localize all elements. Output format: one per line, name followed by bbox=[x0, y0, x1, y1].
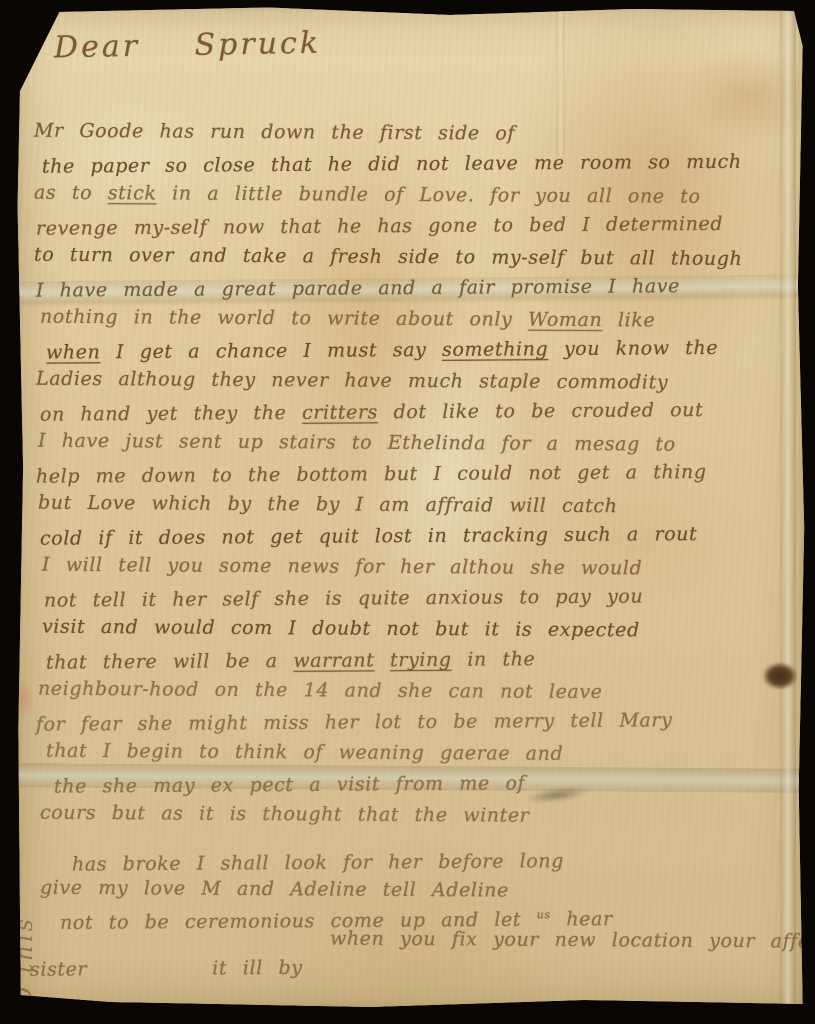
letter-line: cold if it does not get quit lost in tra… bbox=[40, 518, 800, 554]
letter-line: to turn over and take a fresh side to my… bbox=[34, 240, 800, 276]
letter-line: I have made a great parade and a fair pr… bbox=[36, 270, 800, 306]
red-edge-mark bbox=[12, 678, 34, 718]
letter-line: on hand yet they the critters dot like t… bbox=[40, 394, 800, 430]
letter-line: not to be ceremonious come up and let us… bbox=[60, 900, 800, 930]
letter-line: help me down to the bottom but I could n… bbox=[36, 456, 800, 492]
letter-paper: Dear Spruck Mr Goode has run down the fi… bbox=[16, 6, 805, 1009]
letter-line: not tell it her self she is quite anxiou… bbox=[44, 580, 800, 616]
letter-line: cours but as it is thought that the wint… bbox=[40, 798, 800, 834]
letter-line: when I get a chance I must say something… bbox=[46, 332, 800, 368]
letter-body: Mr Goode has run down the first side oft… bbox=[30, 118, 800, 983]
letter-line: for fear she might miss her lot to be me… bbox=[36, 704, 800, 740]
scanned-letter-scene: Dear Spruck Mr Goode has run down the fi… bbox=[0, 0, 815, 1024]
letter-line: the paper so close that he did not leave… bbox=[42, 146, 800, 182]
letter-line: I have just sent up stairs to Ethelinda … bbox=[38, 426, 800, 462]
letter-line: revenge my-self now that he has gone to … bbox=[36, 208, 800, 244]
salutation: Dear Spruck bbox=[54, 26, 322, 66]
letter-line: Ladies althoug they never have much stap… bbox=[36, 364, 800, 400]
letter-line: nothing in the world to write about only… bbox=[40, 302, 800, 338]
letter-line: neighbour-hood on the 14 and she can not… bbox=[38, 674, 800, 710]
letter-line: visit and would com I doubt not but it i… bbox=[42, 612, 800, 648]
letter-line: has broke I shall look for her before lo… bbox=[72, 844, 800, 880]
letter-line: sister it ill by bbox=[30, 949, 800, 985]
ink-blot-stain bbox=[762, 662, 798, 690]
letter-line: that I begin to think of weaning gaerae … bbox=[46, 736, 800, 772]
letter-line: Mr Goode has run down the first side of bbox=[34, 116, 800, 152]
letter-line: that there will be a warrant trying in t… bbox=[46, 642, 800, 678]
margin-note: D this bbox=[10, 836, 38, 1006]
letter-line: but Love which by the by I am affraid wi… bbox=[38, 488, 800, 524]
letter-line: the she may ex pect a visit from me of bbox=[54, 766, 800, 802]
letter-line: I will tell you some news for her althou… bbox=[42, 550, 800, 586]
letter-line: as to stick in a little bundle of Love. … bbox=[34, 178, 800, 214]
